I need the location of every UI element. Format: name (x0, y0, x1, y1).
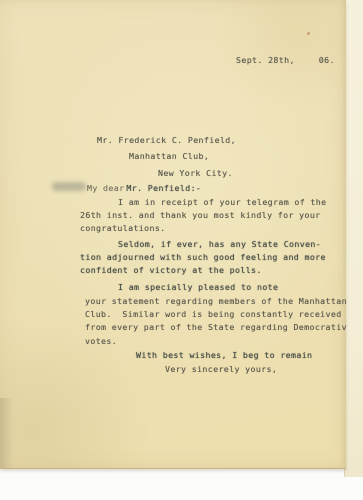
paragraph2-line3: confident of victory at the polls. (80, 266, 262, 275)
letter-page: Sept. 28th,06. Mr. Frederick C. Penfield… (0, 0, 346, 469)
paragraph1-line2: 26th inst. and thank you most kindly for… (80, 211, 321, 220)
paragraph3-line2: your statement regarding members of the … (85, 297, 347, 306)
paragraph2-line2: tion adjourned with such good feeling an… (80, 253, 326, 262)
salutation-name: Mr. Penfield:- (126, 183, 201, 193)
paragraph3-line1: I am specially pleased to note (118, 283, 278, 292)
scanned-letter-view: Sept. 28th,06. Mr. Frederick C. Penfield… (0, 0, 363, 500)
recipient-city-line: New York City. (158, 169, 233, 178)
closing-line1: With best wishes, I beg to remain (136, 351, 312, 360)
underlying-page-edge (344, 0, 363, 477)
salutation-prefix: My dear (87, 184, 124, 193)
paper-corner-shade (0, 398, 13, 468)
paragraph1-line3: congratulations. (80, 224, 166, 233)
paper-stain-speck (307, 32, 310, 35)
date-line: Sept. 28th,06. (236, 56, 335, 65)
closing-line2: Very sincerely yours, (165, 365, 277, 374)
recipient-name-line: Mr. Frederick C. Penfield, (97, 136, 236, 145)
paragraph2-line1: Seldom, if ever, has any State Conven- (118, 240, 321, 249)
recipient-organization-line: Manhattan Club, (129, 152, 209, 161)
year-text: 06. (319, 56, 335, 65)
ink-smudge (52, 182, 86, 191)
date-text: Sept. 28th, (236, 55, 295, 65)
paragraph3-line3: Club. Similar word is being constantly r… (85, 310, 342, 319)
paragraph3-line4: from every part of the State regarding D… (85, 323, 347, 332)
paragraph3-line5: votes. (85, 337, 117, 346)
salutation-line: My dearMr. Penfield:- (87, 184, 201, 193)
paragraph1-line1: I am in receipt of your telegram of the (118, 198, 326, 207)
